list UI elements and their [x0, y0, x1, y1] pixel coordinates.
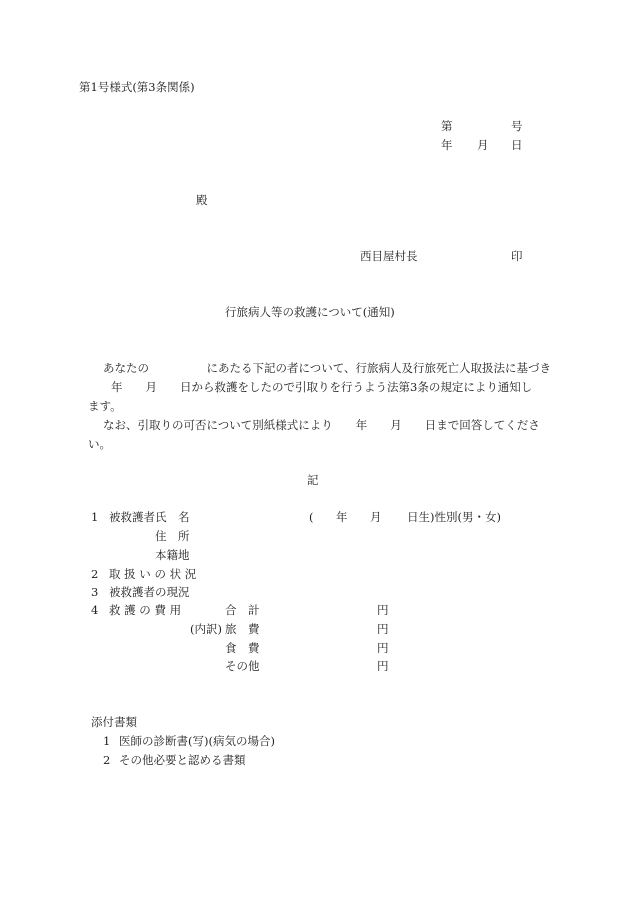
attachment-2-number: 2 — [103, 753, 110, 767]
date-day: 日 — [511, 138, 523, 152]
date-year: 年 — [441, 138, 453, 152]
item1-birth-month: 月 — [370, 510, 382, 524]
ki-heading: 記 — [307, 473, 319, 487]
seal-mark: 印 — [511, 249, 523, 263]
cost-food-unit: 円 — [377, 641, 389, 655]
body-para1-line1: あなたの にあたる下記の者について、行旅病人及行旅死亡人取扱法に基づき — [103, 361, 551, 375]
attachment-1-number: 1 — [103, 734, 110, 748]
sender-title: 西目屋村長 — [360, 249, 418, 263]
body-para2-line2: い。 — [88, 437, 111, 451]
item1-birth-open: ( — [309, 510, 314, 524]
addressee-honorific: 殿 — [196, 193, 208, 207]
item3-number: 3 — [91, 585, 98, 599]
item1-address: 住 所 — [155, 529, 190, 543]
date-month: 月 — [477, 138, 489, 152]
item3-label: 被救護者の現況 — [109, 585, 190, 599]
cost-travel-unit: 円 — [377, 622, 389, 636]
number-dai: 第 — [441, 119, 453, 133]
form-label: 第1号様式(第3条関係) — [79, 80, 195, 94]
body-para1-line3: ます。 — [88, 399, 122, 413]
cost-breakdown-prefix: (内訳) — [190, 622, 222, 636]
item1-birth-day-gender: 日生)性別(男・女) — [407, 510, 501, 524]
attachments-heading: 添付書類 — [91, 715, 137, 729]
cost-food-label: 食 費 — [225, 641, 260, 655]
attachment-1-text: 医師の診断書(写)(病気の場合) — [119, 734, 275, 748]
cost-other-label: その他 — [225, 659, 260, 673]
cost-total-label: 合 計 — [225, 603, 260, 617]
item1-birth-year: 年 — [336, 510, 348, 524]
item1-label: 被救護者氏 名 — [109, 510, 190, 524]
body-para1-line2: 年 月 日から救護をしたので引取りを行うよう法第3条の規定により通知し — [88, 380, 532, 394]
item2-number: 2 — [91, 567, 98, 581]
item1-number: 1 — [91, 510, 98, 524]
attachment-2-text: その他必要と認める書類 — [119, 753, 246, 767]
item4-number: 4 — [91, 603, 98, 617]
body-para2-line1: なお、引取りの可否について別紙様式により 年 月 日まで回答してくださ — [103, 418, 540, 432]
document-title: 行旅病人等の救護について(通知) — [225, 305, 395, 319]
item1-honseki: 本籍地 — [155, 548, 190, 562]
cost-other-unit: 円 — [377, 659, 389, 673]
item2-label: 取 扱 い の 状 況 — [109, 567, 196, 581]
item4-label: 救 護 の 費 用 — [109, 603, 181, 617]
cost-total-unit: 円 — [377, 603, 389, 617]
number-go: 号 — [511, 119, 523, 133]
cost-travel-label: 旅 費 — [225, 622, 260, 636]
